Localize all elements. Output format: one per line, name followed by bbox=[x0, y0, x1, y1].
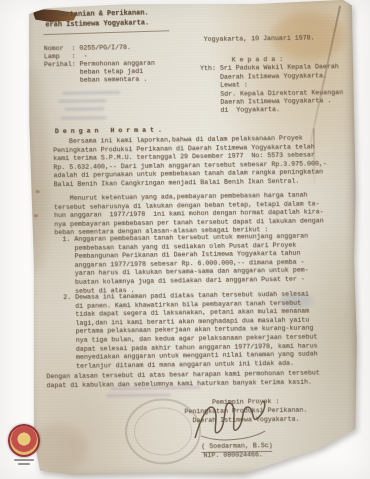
pencil-annotation bbox=[64, 107, 104, 111]
list-item-1: 1. Anggaran pembebasan tanah tersebut un… bbox=[62, 232, 309, 296]
emblem-ring bbox=[8, 424, 40, 457]
paragraph-2: Menurut ketentuan yang ada,pembayaran pe… bbox=[54, 191, 324, 238]
text-line: di Yogyakarta. bbox=[200, 105, 343, 115]
pencil-annotation bbox=[58, 99, 106, 103]
text-line: beban sementara . bbox=[44, 76, 155, 85]
archive-emblem-icon bbox=[8, 424, 40, 466]
salutation: D e n g a n H o r m a t . bbox=[55, 126, 162, 136]
paper-shadow-wrap: Pertanian & Perikanan. erah Istimewa Yog… bbox=[0, 0, 370, 479]
faint-stamp-text bbox=[110, 386, 200, 390]
letter-paper: Pertanian & Perikanan. erah Istimewa Yog… bbox=[27, 0, 360, 478]
emblem-caption-mark bbox=[14, 459, 34, 461]
pencil-annotation bbox=[62, 91, 120, 95]
signer-nip: NIP. 080024466. bbox=[203, 451, 263, 460]
list-item-2: 2. Dewasa ini tanaman padi diatas tanah … bbox=[63, 290, 318, 371]
pencil-annotation bbox=[61, 116, 107, 119]
dateline: Yogyakarta, 10 Januari 1978. bbox=[203, 34, 314, 44]
recipient-block: K e p a d a :Yth: Sri Paduka Wakil Kepal… bbox=[200, 55, 343, 116]
scanned-letter: Pertanian & Perikanan. erah Istimewa Yog… bbox=[0, 0, 370, 479]
margin-mark bbox=[34, 214, 38, 217]
stain bbox=[20, 64, 49, 274]
letterhead-underline bbox=[43, 30, 169, 35]
margin-mark bbox=[36, 190, 40, 193]
faint-stamp-text bbox=[106, 393, 170, 397]
reference-block: Nomor : 0255/PG/I/78.Lamp : -Perihal: Pe… bbox=[44, 45, 156, 86]
letterhead-line2: erah Istimewa Yogyakarta. bbox=[45, 18, 149, 30]
emblem-caption-mark bbox=[18, 463, 30, 465]
paragraph-1: Bersama ini kami laporkan,bahwa di dalam… bbox=[53, 134, 327, 189]
